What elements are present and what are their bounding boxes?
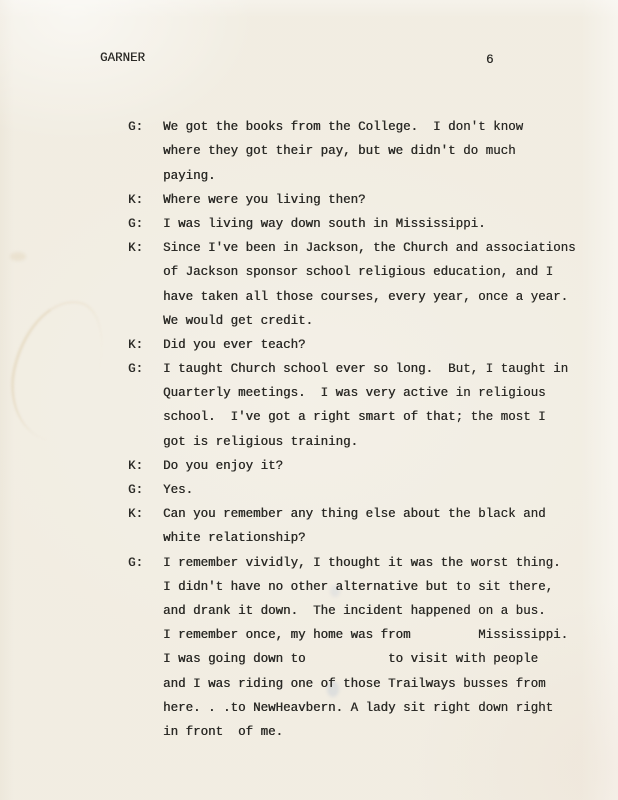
line-text: Can you remember any thing else about th… — [163, 507, 546, 521]
line-text: school. I've got a right smart of that; … — [163, 410, 546, 424]
speaker-label: G: — [128, 357, 163, 381]
transcript-line: G:We got the books from the College. I d… — [98, 91, 578, 115]
line-text: Where were you living then? — [163, 193, 366, 207]
line-text: Yes. — [163, 483, 193, 497]
stain-mark — [0, 290, 114, 448]
speaker-label: G: — [128, 212, 163, 236]
line-text: have taken all those courses, every year… — [163, 290, 568, 304]
line-text: white relationship? — [163, 531, 306, 545]
speaker-label: K: — [128, 502, 163, 526]
line-text: and drank it down. The incident happened… — [163, 604, 546, 618]
document-title: GARNER — [100, 51, 145, 65]
line-text: Since I've been in Jackson, the Church a… — [163, 241, 576, 255]
speaker-label: G: — [128, 478, 163, 502]
line-text: I taught Church school ever so long. But… — [163, 362, 568, 376]
speaker-label: K: — [128, 333, 163, 357]
line-text: here. . .to NewHeavbern. A lady sit righ… — [163, 701, 553, 715]
speaker-label: G: — [128, 115, 163, 139]
line-text: I didn't have no other alternative but t… — [163, 580, 553, 594]
line-text: Do you enjoy it? — [163, 459, 283, 473]
line-text: paying. — [163, 169, 216, 183]
line-text: Quarterly meetings. I was very active in… — [163, 386, 546, 400]
line-text: in front of me. — [163, 725, 283, 739]
stain-spot — [10, 252, 26, 261]
line-text: I was going down to to visit with people — [163, 652, 538, 666]
speaker-label: K: — [128, 188, 163, 212]
line-text: We got the books from the College. I don… — [163, 120, 523, 134]
transcript: G:We got the books from the College. I d… — [98, 91, 578, 720]
speaker-label: G: — [128, 551, 163, 575]
speaker-label: K: — [128, 236, 163, 260]
speaker-label: K: — [128, 454, 163, 478]
line-text: Did you ever teach? — [163, 338, 306, 352]
line-text: I remember vividly, I thought it was the… — [163, 556, 561, 570]
line-text: where they got their pay, but we didn't … — [163, 144, 516, 158]
line-text: We would get credit. — [163, 314, 313, 328]
line-text: got is religious training. — [163, 435, 358, 449]
page-number: 6 — [486, 53, 494, 67]
line-text: of Jackson sponsor school religious educ… — [163, 265, 553, 279]
line-text: and I was riding one of those Trailways … — [163, 677, 546, 691]
line-text: I remember once, my home was from Missis… — [163, 628, 568, 642]
scanned-document-page: { "colors": { "paper": "#f2eee4", "ink":… — [0, 0, 618, 800]
line-text: I was living way down south in Mississip… — [163, 217, 486, 231]
